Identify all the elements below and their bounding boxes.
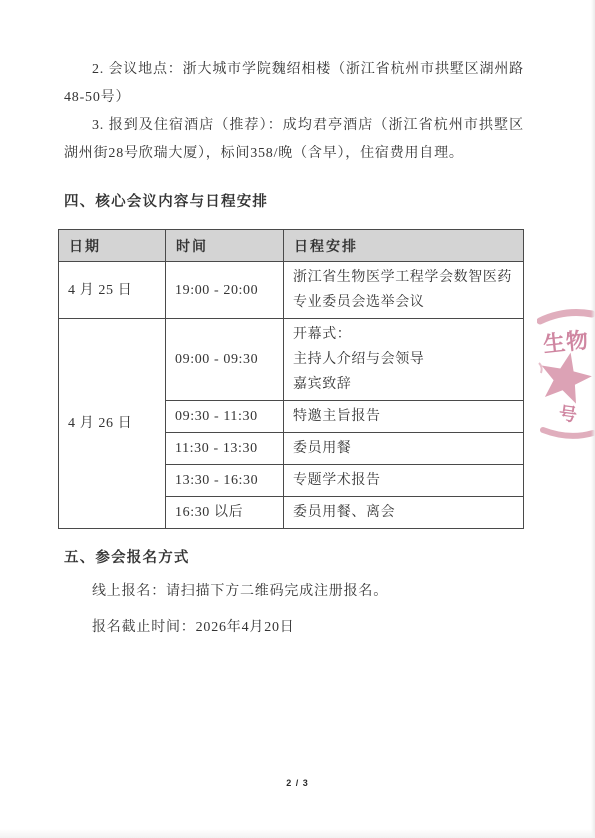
schedule-table: 日期 时间 日程安排 4 月 25 日 19:00 - 20:00 浙江省生物医… bbox=[58, 229, 524, 529]
page-edge-shadow-right bbox=[591, 0, 595, 838]
table-header-row: 日期 时间 日程安排 bbox=[59, 230, 524, 262]
seal-faded-stroke bbox=[539, 363, 542, 373]
agenda-line: 开幕式： bbox=[293, 322, 514, 347]
cell-agenda: 开幕式： 主持人介绍与会领导 嘉宾致辞 bbox=[284, 319, 524, 401]
page-edge-shadow-bottom bbox=[0, 829, 595, 838]
paragraph-hotel: 3. 报到及住宿酒店（推荐）：成均君亭酒店（浙江省杭州市拱墅区湖州街28号欣瑞大… bbox=[64, 112, 524, 168]
registration-deadline-line: 报名截止时间：2026年4月20日 bbox=[64, 614, 524, 642]
official-seal-stamp: 生物 号 bbox=[537, 301, 595, 442]
table-row: 4 月 26 日 09:00 - 09:30 开幕式： 主持人介绍与会领导 嘉宾… bbox=[59, 319, 524, 401]
cell-agenda: 委员用餐、离会 bbox=[284, 497, 524, 529]
cell-date-apr25: 4 月 25 日 bbox=[59, 262, 166, 319]
seal-upper-text: 生物 bbox=[542, 327, 590, 357]
column-header-time: 时间 bbox=[166, 230, 284, 262]
red-seal-icon: 生物 号 bbox=[537, 301, 595, 442]
table-row: 4 月 25 日 19:00 - 20:00 浙江省生物医学工程学会数智医药专业… bbox=[59, 262, 524, 319]
cell-agenda: 专题学术报告 bbox=[284, 465, 524, 497]
section-4-heading: 四、核心会议内容与日程安排 bbox=[64, 190, 524, 211]
cell-time: 09:00 - 09:30 bbox=[166, 319, 284, 401]
column-header-agenda: 日程安排 bbox=[284, 230, 524, 262]
online-registration-line: 线上报名：请扫描下方二维码完成注册报名。 bbox=[64, 578, 524, 606]
cell-date-apr26: 4 月 26 日 bbox=[59, 319, 166, 529]
cell-agenda: 浙江省生物医学工程学会数智医药专业委员会选举会议 bbox=[284, 262, 524, 319]
agenda-line: 嘉宾致辞 bbox=[293, 372, 514, 397]
cell-time: 16:30 以后 bbox=[166, 497, 284, 529]
document-page: 2. 会议地点：浙大城市学院魏绍相楼（浙江省杭州市拱墅区湖州路48-50号） 3… bbox=[0, 0, 595, 838]
section-5-heading: 五、参会报名方式 bbox=[64, 546, 524, 567]
seal-lower-text: 号 bbox=[558, 403, 579, 425]
cell-time: 19:00 - 20:00 bbox=[166, 262, 284, 319]
document-content: 2. 会议地点：浙大城市学院魏绍相楼（浙江省杭州市拱墅区湖州路48-50号） 3… bbox=[64, 56, 524, 642]
seal-star-icon bbox=[537, 347, 595, 405]
cell-time: 11:30 - 13:30 bbox=[166, 433, 284, 465]
page-number: 2 / 3 bbox=[0, 778, 595, 788]
cell-time: 09:30 - 11:30 bbox=[166, 401, 284, 433]
seal-bottom-arc bbox=[543, 430, 593, 436]
paragraph-meeting-location: 2. 会议地点：浙大城市学院魏绍相楼（浙江省杭州市拱墅区湖州路48-50号） bbox=[64, 56, 524, 112]
column-header-date: 日期 bbox=[59, 230, 166, 262]
cell-agenda: 特邀主旨报告 bbox=[284, 401, 524, 433]
agenda-line: 主持人介绍与会领导 bbox=[293, 347, 514, 372]
cell-time: 13:30 - 16:30 bbox=[166, 465, 284, 497]
seal-top-arc bbox=[540, 313, 592, 321]
cell-agenda: 委员用餐 bbox=[284, 433, 524, 465]
